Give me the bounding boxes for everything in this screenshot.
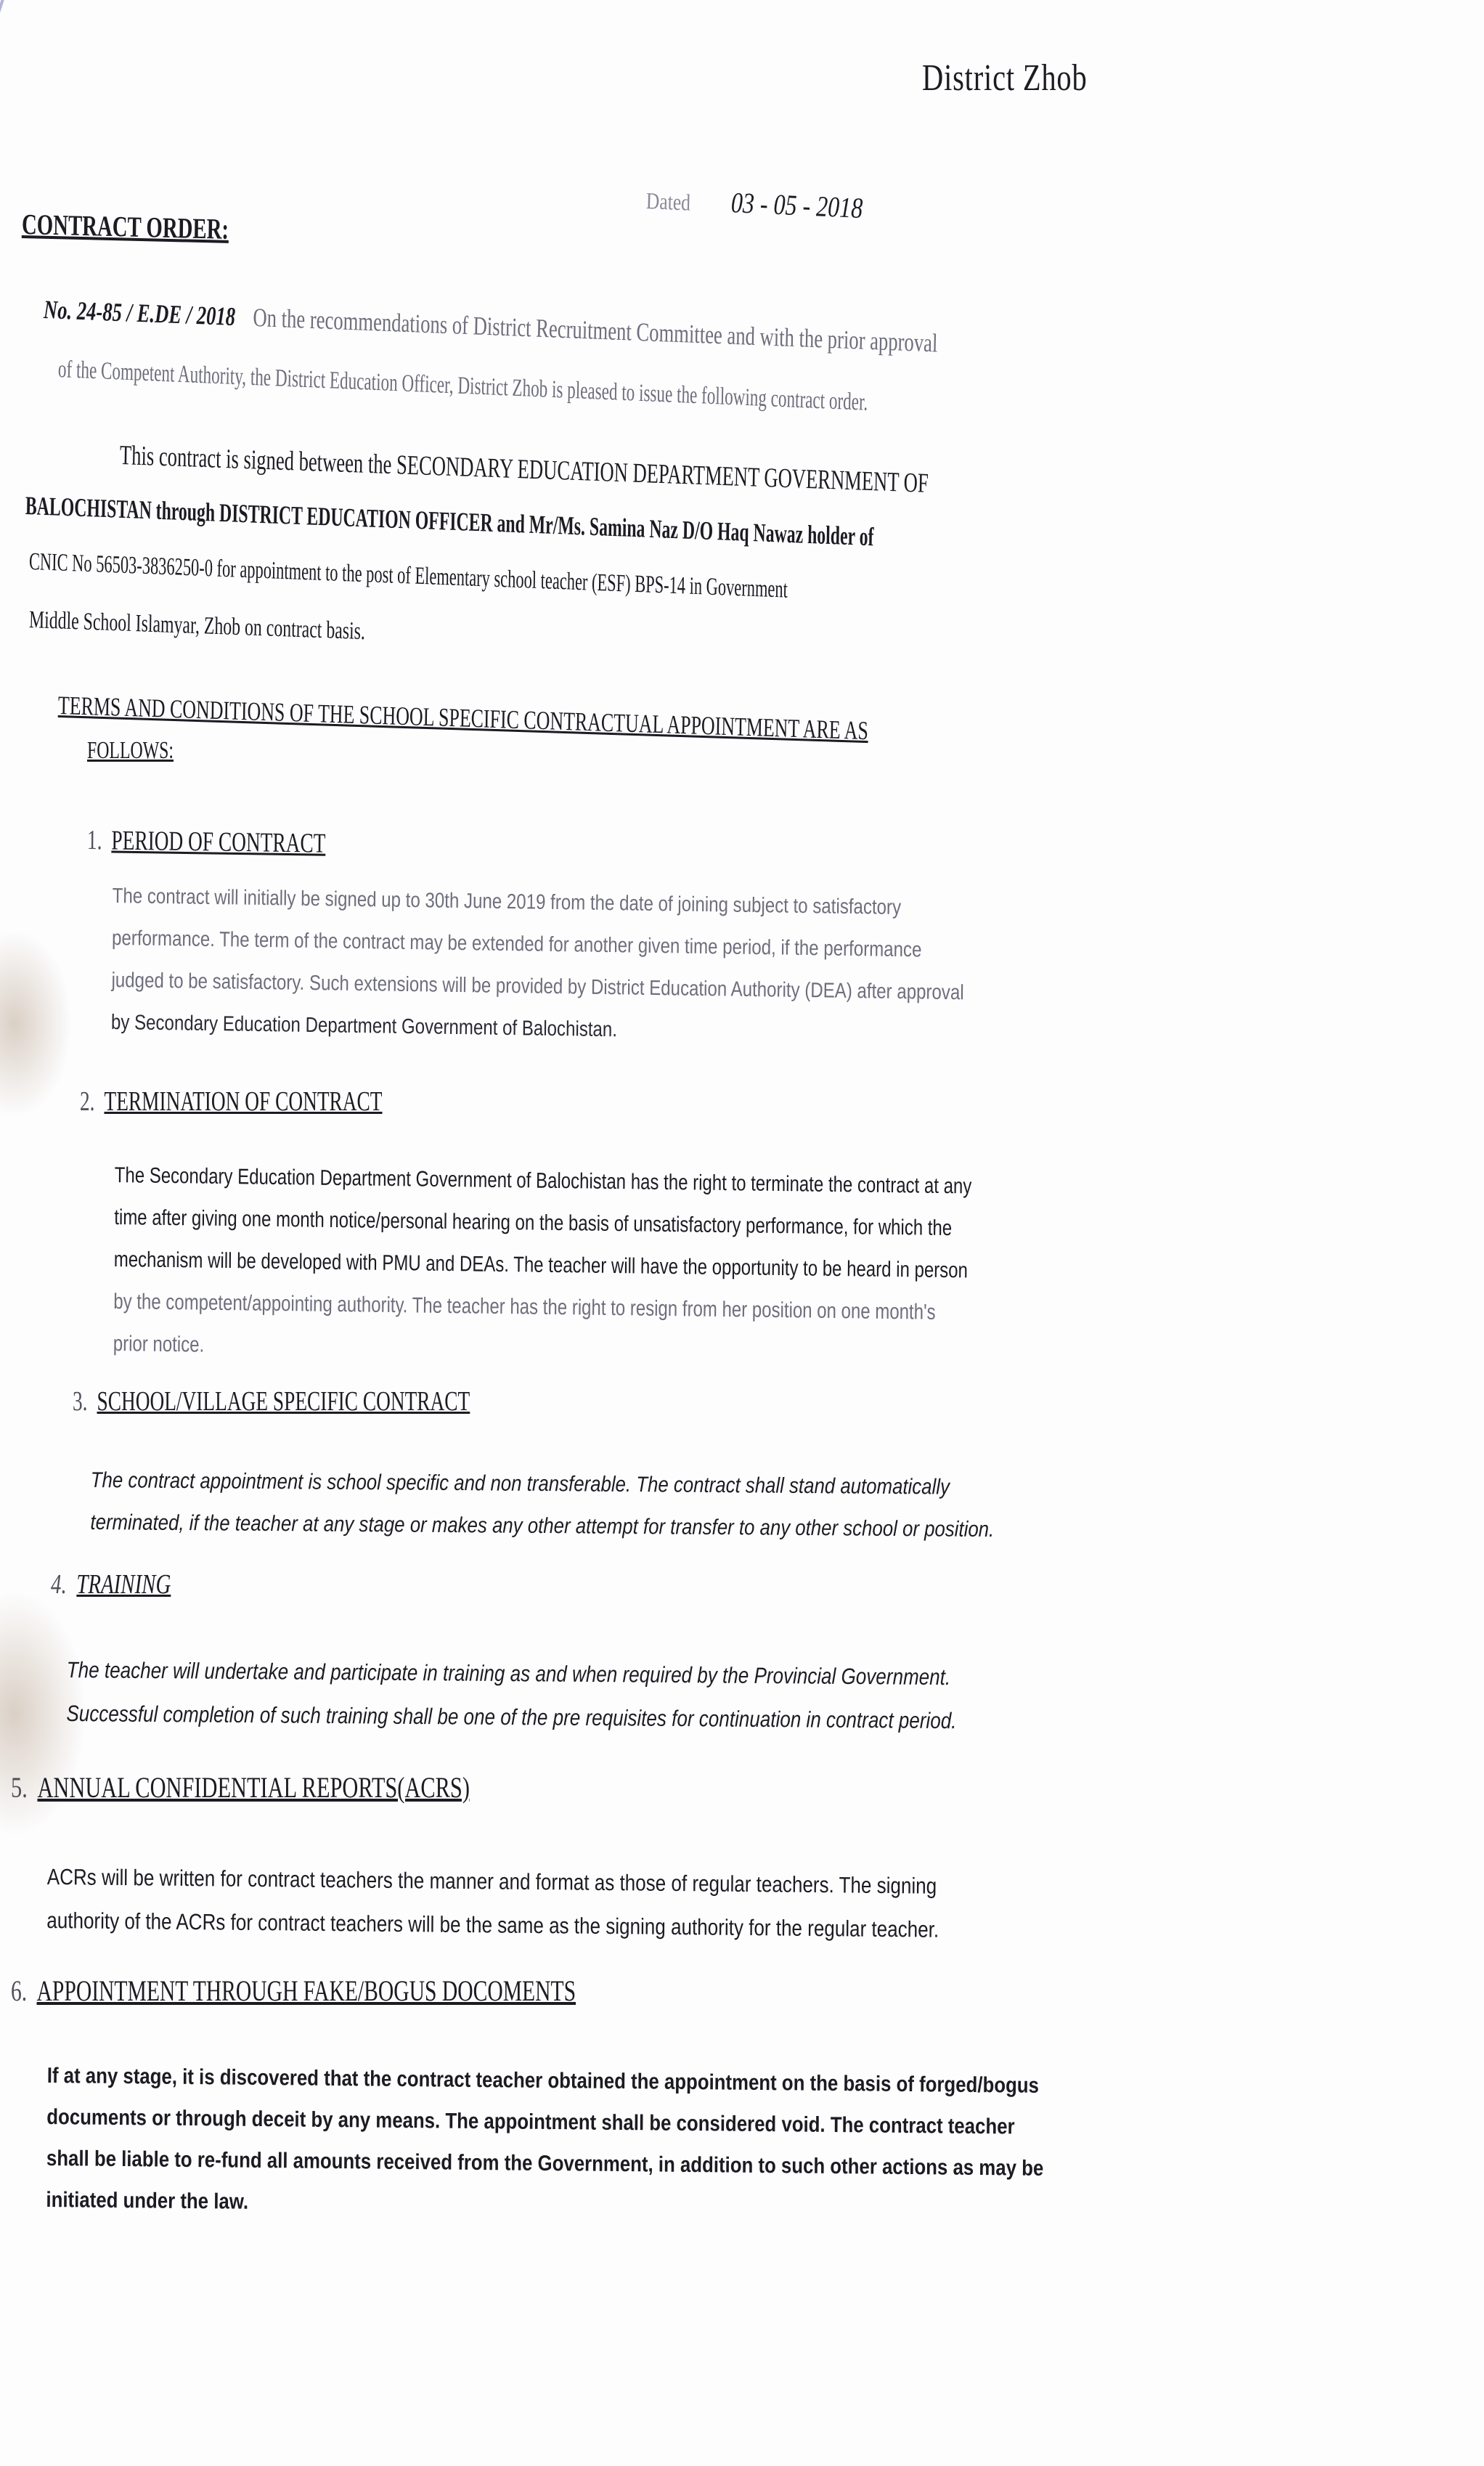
- parties-line-2: BALOCHISTAN through DISTRICT EDUCATION O…: [25, 490, 874, 552]
- district-heading: District Zhob: [922, 57, 1088, 99]
- photo-shadow: [0, 929, 73, 1118]
- order-title: CONTRACT ORDER:: [22, 207, 229, 246]
- intro-line-1: No. 24-85 / E.DE / 2018 On the recommend…: [44, 294, 938, 358]
- section-heading-school-specific: 3.SCHOOL/VILLAGE SPECIFIC CONTRACT: [73, 1385, 470, 1417]
- order-date: Dated 03 - 05 - 2018: [645, 182, 863, 225]
- section-heading-termination: 2.TERMINATION OF CONTRACT: [80, 1086, 383, 1118]
- section-body-training: The teacher will undertake and participa…: [66, 1648, 957, 1743]
- section-body-period: The contract will initially be signed up…: [111, 875, 965, 1056]
- parties-line-3: CNIC No 56503-3836250-0 for appointment …: [29, 548, 788, 604]
- contract-order-page: District Zhob CONTRACT ORDER: Dated 03 -…: [0, 0, 1484, 2466]
- section-body-acrs: ACRs will be written for contract teache…: [46, 1855, 939, 1952]
- terms-heading: TERMS AND CONDITIONS OF THE SCHOOL SPECI…: [58, 690, 869, 746]
- section-heading-fake-documents: 6.APPOINTMENT THROUGH FAKE/BOGUS DOCOMEN…: [11, 1974, 576, 2008]
- intro-text-1: On the recommendations of District Recru…: [253, 303, 938, 358]
- section-body-termination: The Secondary Education Department Gover…: [113, 1155, 972, 1376]
- section-heading-training: 4.TRAINING: [51, 1568, 171, 1600]
- parties-line-1: This contract is signed between the SECO…: [120, 439, 929, 500]
- section-body-school-specific: The contract appointment is school speci…: [90, 1460, 994, 1551]
- paper-crease: [0, 0, 9, 283]
- section-heading-period: 1.PERIOD OF CONTRACT: [87, 824, 326, 860]
- section-heading-acrs: 5.ANNUAL CONFIDENTIAL REPORTS(ACRs): [11, 1770, 470, 1804]
- terms-heading-cont: FOLLOWS:: [87, 737, 174, 765]
- intro-line-2: of the Competent Authority, the District…: [58, 356, 868, 417]
- dated-label: Dated: [645, 187, 690, 216]
- intro-text-2: of the Competent Authority, the District…: [58, 356, 868, 416]
- parties-line-4: Middle School Islamyar, Zhob on contract…: [29, 606, 366, 646]
- section-body-fake-documents: If at any stage, it is discovered that t…: [46, 2055, 1044, 2231]
- dated-value: 03 - 05 - 2018: [730, 186, 863, 224]
- order-number: No. 24-85 / E.DE / 2018: [44, 295, 236, 331]
